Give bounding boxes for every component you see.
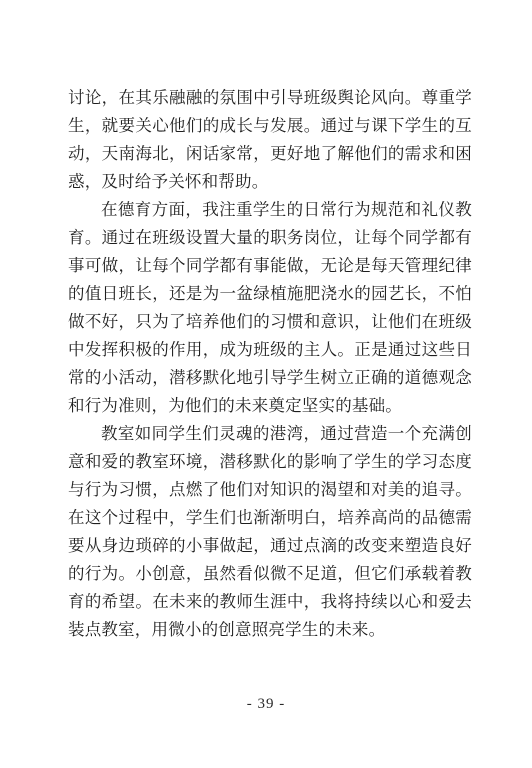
paragraph: 讨论，在其乐融融的氛围中引导班级舆论风向。尊重学生，就要关心他们的成长与发展。通…	[68, 84, 472, 196]
document-page: 讨论，在其乐融融的氛围中引导班级舆论风向。尊重学生，就要关心他们的成长与发展。通…	[0, 0, 532, 768]
page-number: - 39 -	[0, 694, 532, 714]
paragraph: 教室如同学生们灵魂的港湾，通过营造一个充满创意和爱的教室环境，潜移默化的影响了学…	[68, 420, 472, 644]
paragraph: 在德育方面，我注重学生的日常行为规范和礼仪教育。通过在班级设置大量的职务岗位，让…	[68, 196, 472, 420]
document-body: 讨论，在其乐融融的氛围中引导班级舆论风向。尊重学生，就要关心他们的成长与发展。通…	[68, 84, 472, 644]
